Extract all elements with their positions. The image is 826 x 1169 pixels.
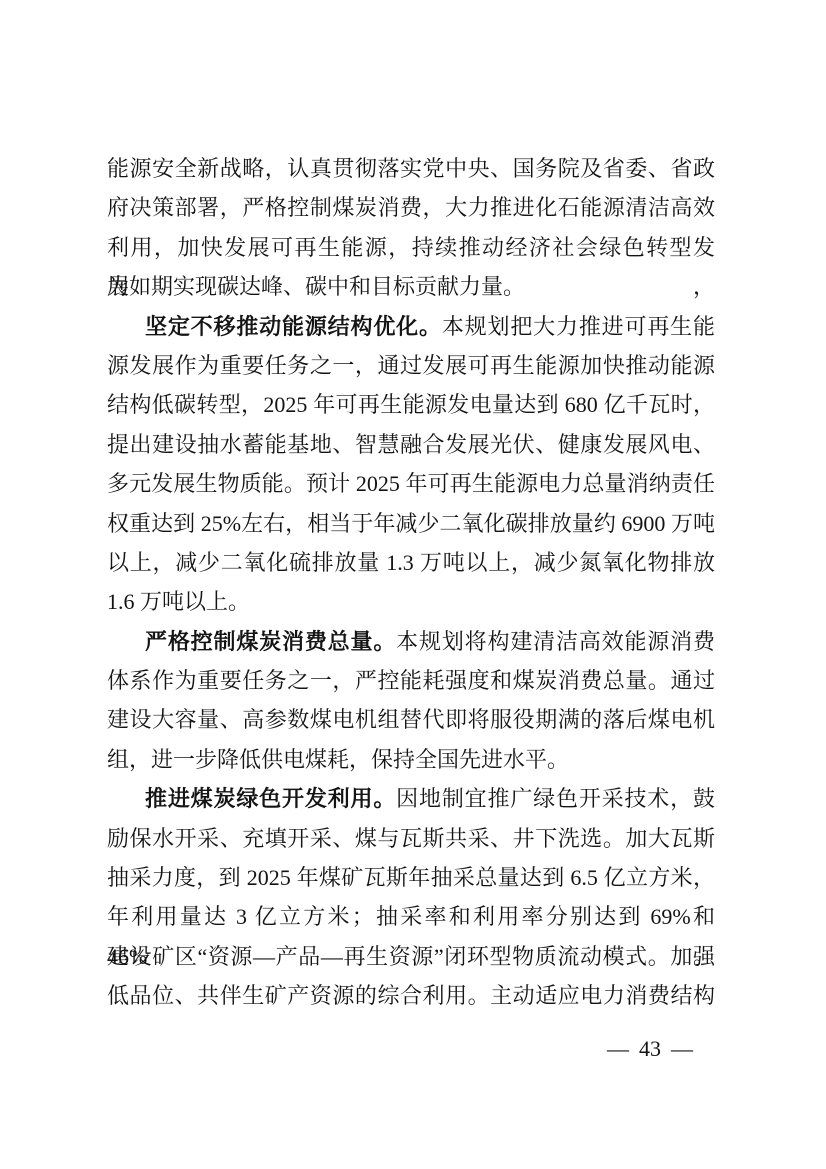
text-line: 权重达到 25%左右，相当于年减少二氧化碳排放量约 6900 万吨 xyxy=(107,504,715,543)
text-line: 抽采力度，到 2025 年煤矿瓦斯年抽采总量达到 6.5 亿立方米， xyxy=(107,858,715,897)
text-line: 提出建设抽水蓄能基地、智慧融合发展光伏、健康发展风电、 xyxy=(107,425,715,464)
paragraph-lead-text: 本规划将构建清洁高效能源消费 xyxy=(396,629,715,654)
footer-dash-right: — xyxy=(671,1034,693,1064)
text-line: 建设矿区“资源—产品—再生资源”闭环型物质流动模式。加强 xyxy=(107,937,715,976)
footer-dash-left: — xyxy=(607,1034,629,1064)
text-line: 多元发展生物质能。预计 2025 年可再生能源电力总量消纳责任 xyxy=(107,464,715,503)
paragraph-heading: 坚定不移推动能源结构优化。 xyxy=(145,314,442,339)
text-line-lead: 严格控制煤炭消费总量。本规划将构建清洁高效能源消费 xyxy=(107,622,715,661)
text-line: 能源安全新战略，认真贯彻落实党中央、国务院及省委、省政 xyxy=(107,149,715,188)
document-body: 能源安全新战略，认真贯彻落实党中央、国务院及省委、省政 府决策部署，严格控制煤炭… xyxy=(107,149,715,1016)
paragraph-lead-text: 因地制宜推广绿色开采技术，鼓 xyxy=(396,786,715,811)
text-line: 低品位、共伴生矿产资源的综合利用。主动适应电力消费结构 xyxy=(107,976,715,1015)
paragraph-green-coal-development: 推进煤炭绿色开发利用。因地制宜推广绿色开采技术，鼓 励保水开采、充填开采、煤与瓦… xyxy=(107,779,715,1015)
text-line: 组，进一步降低供电煤耗，保持全国先进水平。 xyxy=(107,740,715,779)
document-page: 能源安全新战略，认真贯彻落实党中央、国务院及省委、省政 府决策部署，严格控制煤炭… xyxy=(0,0,826,1169)
paragraph-coal-consumption: 严格控制煤炭消费总量。本规划将构建清洁高效能源消费 体系作为重要任务之一，严控能… xyxy=(107,622,715,780)
text-line: 源发展作为重要任务之一，通过发展可再生能源加快推动能源 xyxy=(107,346,715,385)
text-line: 以上，减少二氧化硫排放量 1.3 万吨以上，减少氮氧化物排放 xyxy=(107,543,715,582)
text-line: 建设大容量、高参数煤电机组替代即将服役期满的落后煤电机 xyxy=(107,700,715,739)
text-line: 体系作为重要任务之一，严控能耗强度和煤炭消费总量。通过 xyxy=(107,661,715,700)
paragraph-energy-structure: 坚定不移推动能源结构优化。本规划把大力推进可再生能 源发展作为重要任务之一，通过… xyxy=(107,307,715,622)
page-number: 43 xyxy=(639,1036,661,1061)
text-line: 1.6 万吨以上。 xyxy=(107,582,715,621)
paragraph-heading: 推进煤炭绿色开发利用。 xyxy=(145,786,396,811)
text-line: 府决策部署，严格控制煤炭消费，大力推进化石能源清洁高效 xyxy=(107,188,715,227)
paragraph-lead-text: 本规划把大力推进可再生能 xyxy=(442,314,715,339)
text-line: 利用，加快发展可再生能源，持续推动经济社会绿色转型发展， xyxy=(107,228,715,267)
paragraph-heading: 严格控制煤炭消费总量。 xyxy=(145,629,396,654)
text-line: 年利用量达 3 亿立方米；抽采率和利用率分别达到 69%和 46%。 xyxy=(107,897,715,936)
text-line-lead: 坚定不移推动能源结构优化。本规划把大力推进可再生能 xyxy=(107,307,715,346)
text-line: 励保水开采、充填开采、煤与瓦斯共采、井下洗选。加大瓦斯 xyxy=(107,819,715,858)
text-line: 结构低碳转型，2025 年可再生能源发电量达到 680 亿千瓦时， xyxy=(107,385,715,424)
text-line-lead: 推进煤炭绿色开发利用。因地制宜推广绿色开采技术，鼓 xyxy=(107,779,715,818)
paragraph-continuation: 能源安全新战略，认真贯彻落实党中央、国务院及省委、省政 府决策部署，严格控制煤炭… xyxy=(107,149,715,307)
page-footer: —43— xyxy=(107,1034,715,1064)
